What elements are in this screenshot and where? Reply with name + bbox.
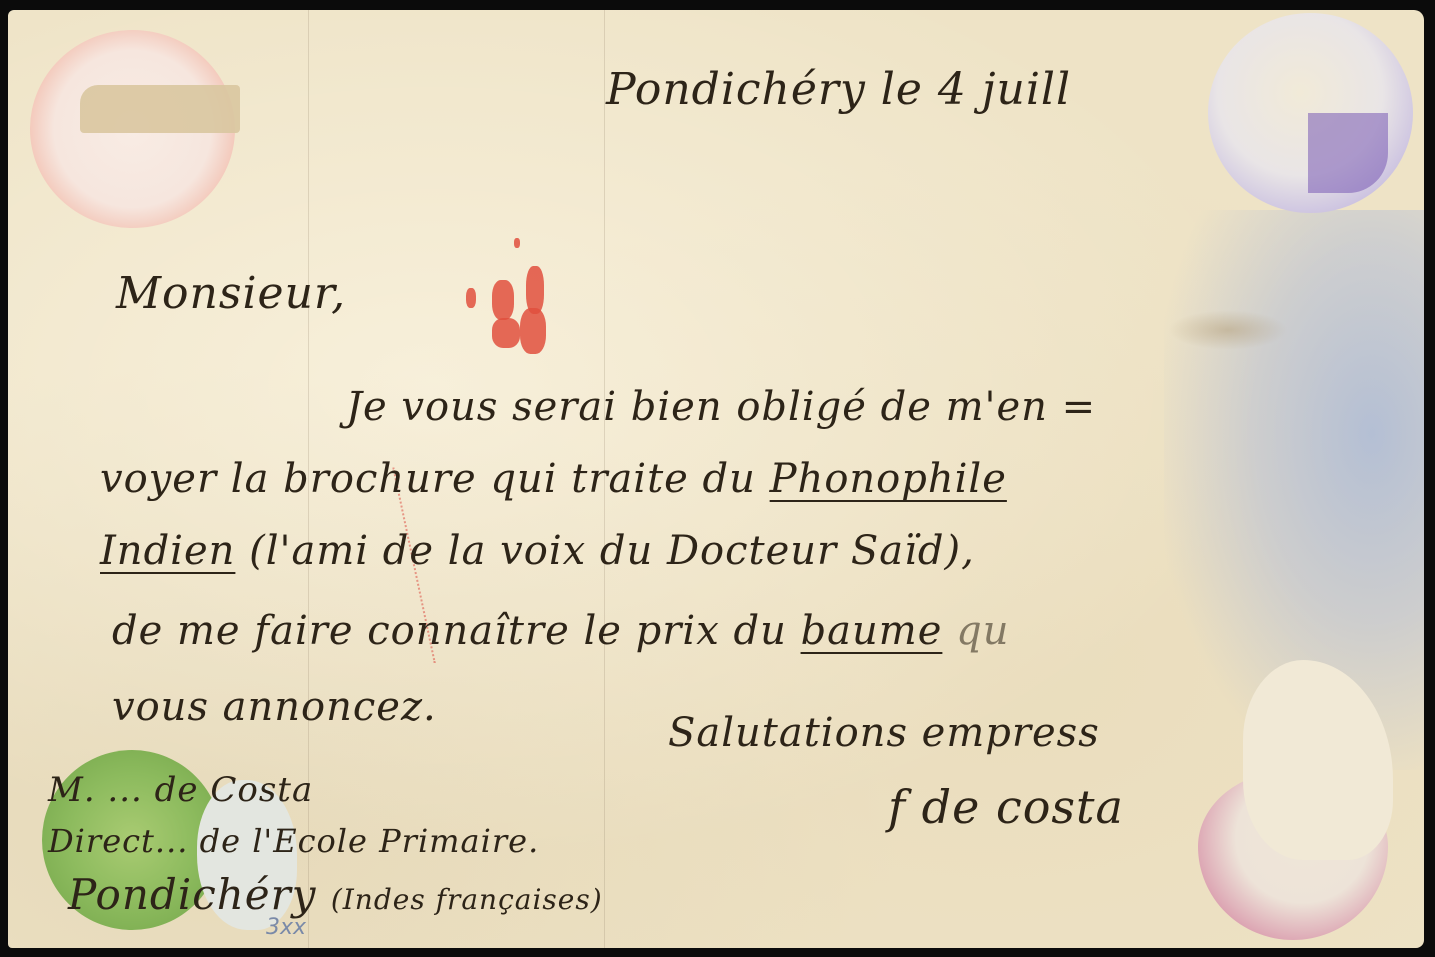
underlined-word-phonophile: Phonophile bbox=[770, 456, 1007, 502]
return-address-line-3: Pondichéry (Indes françaises) bbox=[68, 870, 603, 919]
brown-stain bbox=[1168, 310, 1288, 350]
seal-shade bbox=[1308, 113, 1388, 193]
body-line-3-rest: (l'ami de la voix du Docteur Saïd), bbox=[249, 528, 975, 574]
return-address-country: (Indes françaises) bbox=[331, 883, 603, 916]
body-line-5: vous annoncez. bbox=[112, 684, 437, 730]
body-line-2: voyer la brochure qui traite du Phonophi… bbox=[100, 456, 1007, 502]
crimson-wax-seal bbox=[1198, 770, 1388, 940]
postcard: Pondichéry le 4 juill Monsieur, Je vous … bbox=[8, 10, 1424, 948]
closing: Salutations empress bbox=[668, 710, 1100, 756]
return-address-line-1: M. ... de Costa bbox=[48, 770, 313, 810]
body-line-1: Je vous serai bien obligé de m'en = bbox=[346, 384, 1096, 430]
underlined-word-baume: baume bbox=[801, 608, 943, 654]
body-line-3: Indien (l'ami de la voix du Docteur Saïd… bbox=[100, 528, 975, 574]
purple-wax-seal bbox=[1208, 13, 1413, 213]
return-address-line-2: Direct... de l'Ecole Primaire. bbox=[48, 822, 539, 860]
body-line-4-text: de me faire connaître le prix du bbox=[112, 608, 787, 654]
body-line-2-text: voyer la brochure qui traite du bbox=[100, 456, 756, 502]
pencil-mark: 3xx bbox=[266, 915, 306, 940]
place-date: Pondichéry le 4 juill bbox=[606, 64, 1071, 115]
seal-peel bbox=[80, 85, 240, 133]
body-line-4-tail: qu bbox=[956, 608, 1009, 654]
salutation: Monsieur, bbox=[116, 268, 346, 319]
underlined-word-indien: Indien bbox=[100, 528, 235, 574]
return-address-city: Pondichéry bbox=[68, 870, 316, 919]
signature: f de costa bbox=[888, 780, 1124, 834]
red-wax-seal bbox=[30, 30, 235, 228]
body-line-4: de me faire connaître le prix du baume q… bbox=[112, 608, 1009, 654]
red-postal-mark bbox=[456, 238, 556, 358]
